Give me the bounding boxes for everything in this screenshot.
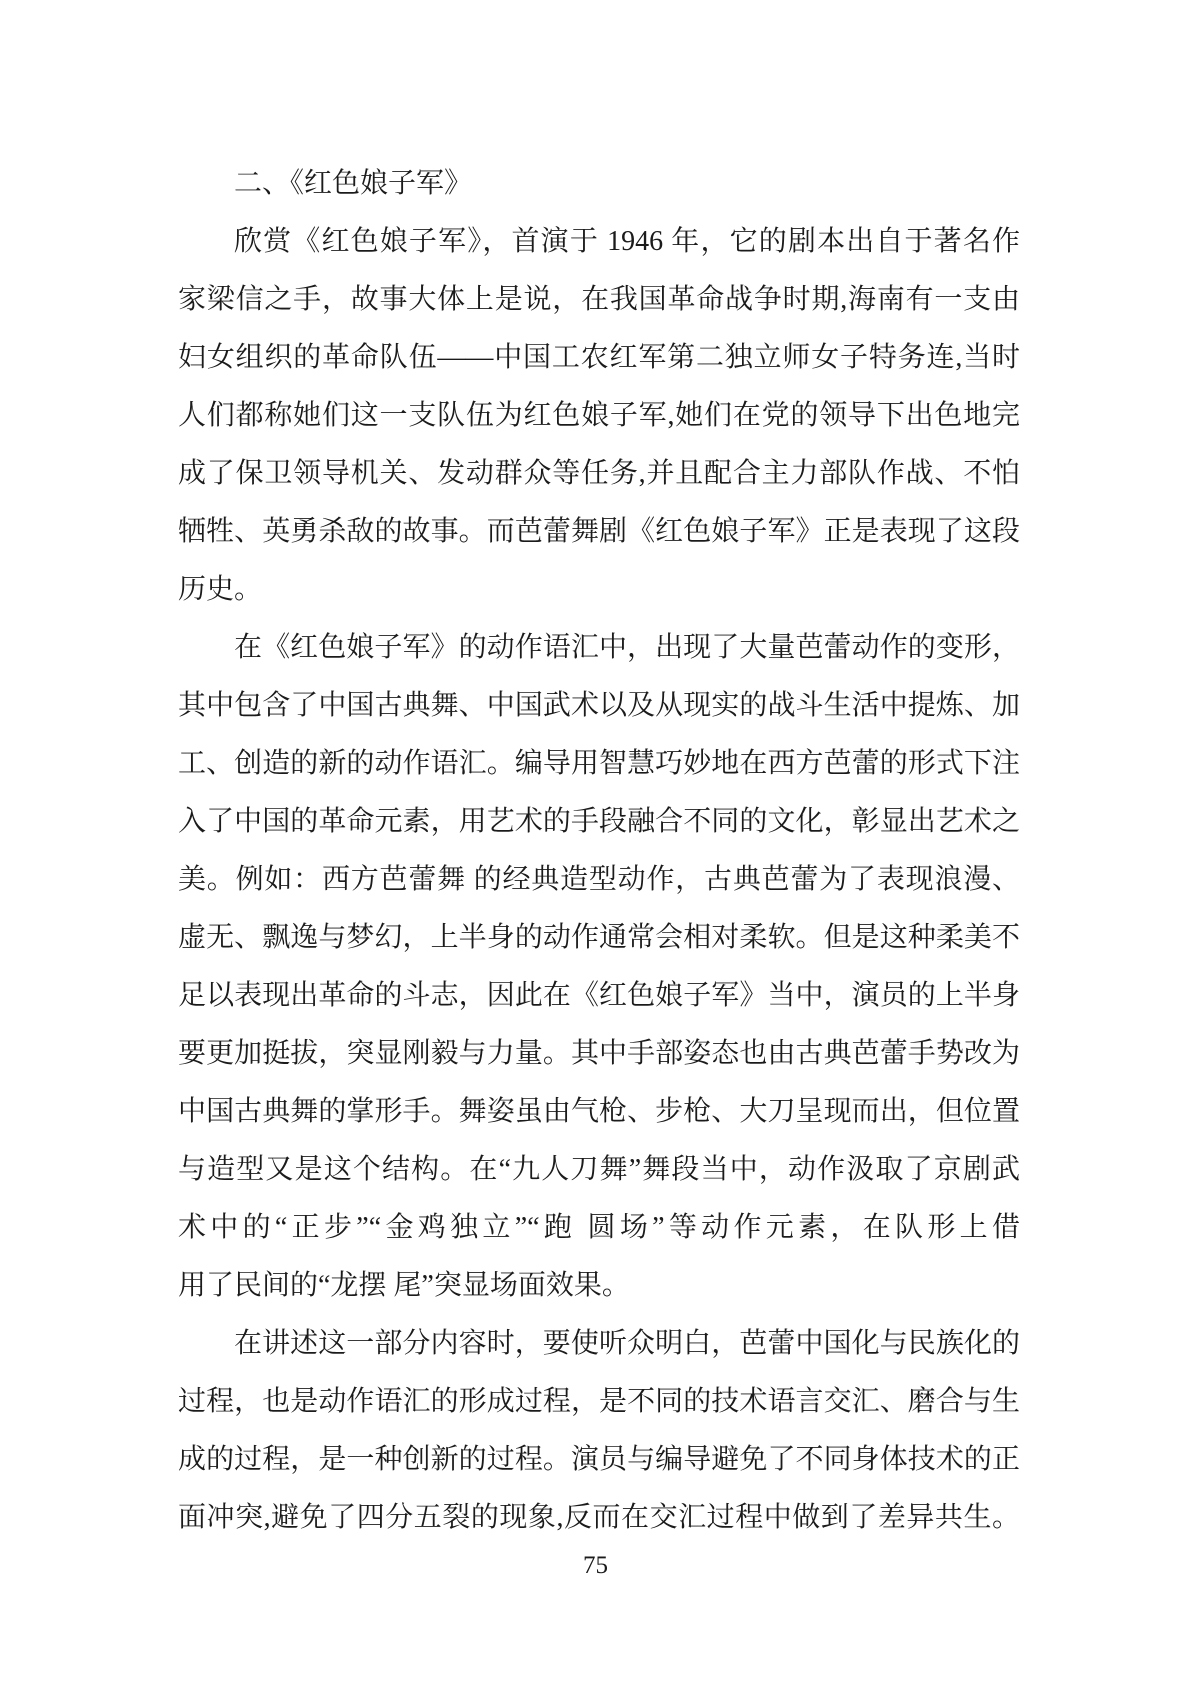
text-line: 入了中国的革命元素，用艺术的手段融合不同的文化，彰显出艺术之 [178, 793, 1020, 851]
text-line: 在《红色娘子军》的动作语汇中，出现了大量芭蕾动作的变形， [178, 619, 1020, 677]
text-line: 美。例如：西方芭蕾舞 的经典造型动作，古典芭蕾为了表现浪漫、 [178, 851, 1020, 909]
text-line: 家梁信之手，故事大体上是说，在我国革命战争时期,海南有一支由 [178, 271, 1020, 329]
text-line: 在讲述这一部分内容时，要使听众明白，芭蕾中国化与民族化的 [178, 1315, 1020, 1373]
text-line: 欣赏《红色娘子军》，首演于 1946 年，它的剧本出自于著名作 [178, 213, 1020, 271]
text-line: 用了民间的“龙摆 尾”突显场面效果。 [178, 1257, 1020, 1315]
text-line: 中国古典舞的掌形手。舞姿虽由气枪、步枪、大刀呈现而出，但位置 [178, 1083, 1020, 1141]
text-line: 牺牲、英勇杀敌的故事。而芭蕾舞剧《红色娘子军》正是表现了这段 [178, 503, 1020, 561]
text-line: 术中的“正步”“金鸡独立”“跑 圆场”等动作元素，在队形上借 [178, 1199, 1020, 1257]
text-line: 妇女组织的革命队伍——中国工农红军第二独立师女子特务连,当时 [178, 329, 1020, 387]
text-line: 人们都称她们这一支队伍为红色娘子军,她们在党的领导下出色地完 [178, 387, 1020, 445]
page-number: 75 [0, 1550, 1191, 1582]
text-line: 成的过程，是一种创新的过程。演员与编导避免了不同身体技术的正 [178, 1431, 1020, 1489]
text-line: 与造型又是这个结构。在“九人刀舞”舞段当中，动作汲取了京剧武 [178, 1141, 1020, 1199]
text-line: 要更加挺拔，突显刚毅与力量。其中手部姿态也由古典芭蕾手势改为 [178, 1025, 1020, 1083]
text-line: 工、创造的新的动作语汇。编导用智慧巧妙地在西方芭蕾的形式下注 [178, 735, 1020, 793]
text-line: 足以表现出革命的斗志，因此在《红色娘子军》当中，演员的上半身 [178, 967, 1020, 1025]
document-page: { "colors": { "background": "#ffffff", "… [0, 0, 1191, 1684]
text-line: 成了保卫领导机关、发动群众等任务,并且配合主力部队作战、不怕 [178, 445, 1020, 503]
text-line: 虚无、飘逸与梦幻，上半身的动作通常会相对柔软。但是这种柔美不 [178, 909, 1020, 967]
document-body-text: 二、《红色娘子军》 欣赏《红色娘子军》，首演于 1946 年，它的剧本出自于著名… [178, 155, 1020, 1547]
text-line: 历史。 [178, 561, 1020, 619]
text-line: 面冲突,避免了四分五裂的现象,反而在交汇过程中做到了差异共生。 [178, 1489, 1020, 1547]
text-line: 过程，也是动作语汇的形成过程，是不同的技术语言交汇、磨合与生 [178, 1373, 1020, 1431]
text-line: 其中包含了中国古典舞、中国武术以及从现实的战斗生活中提炼、加 [178, 677, 1020, 735]
section-heading: 二、《红色娘子军》 [178, 155, 1020, 213]
